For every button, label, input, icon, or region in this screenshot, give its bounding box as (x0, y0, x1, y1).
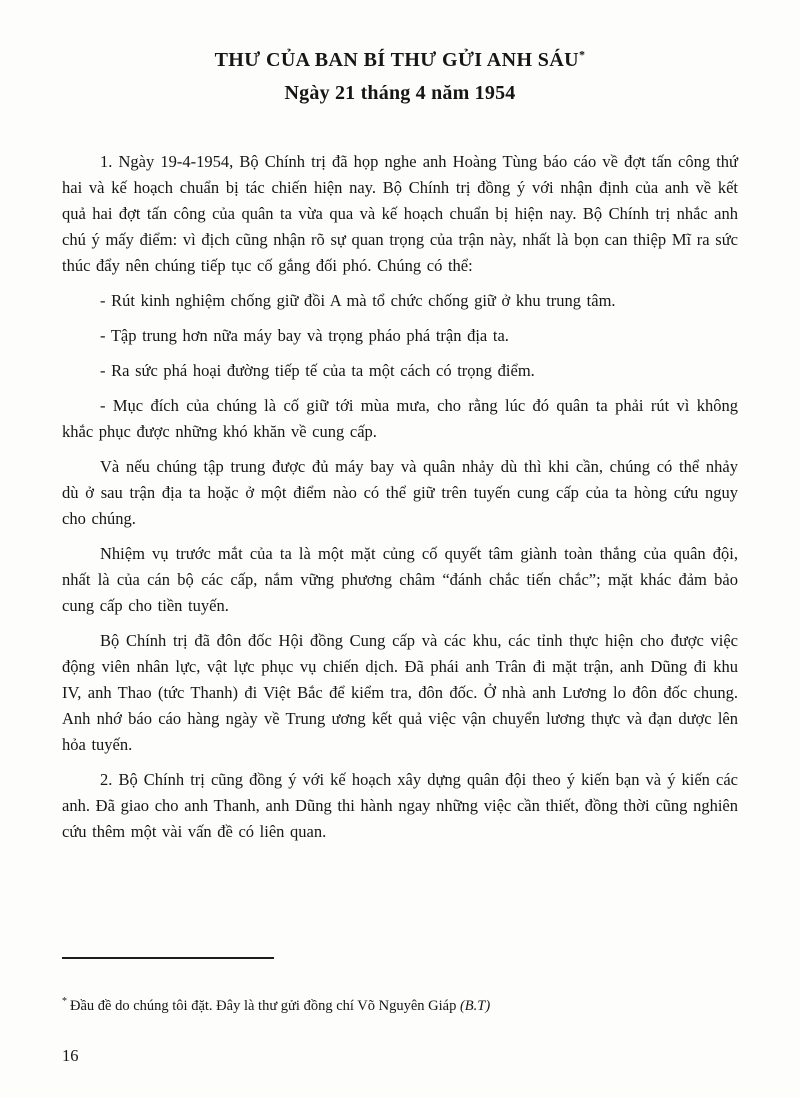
title-footnote-marker: * (579, 47, 585, 61)
body-paragraph-5: 2. Bộ Chính trị cũng đồng ý với kế hoạch… (62, 767, 738, 845)
document-title-text: THƯ CỦA BAN BÍ THƯ GỬI ANH SÁU (215, 49, 579, 71)
body-paragraph-3: Nhiệm vụ trước mắt của ta là một mặt củn… (62, 541, 738, 619)
document-subtitle: Ngày 21 tháng 4 năm 1954 (62, 81, 738, 105)
body-paragraph-2: Và nếu chúng tập trung được đủ máy bay v… (62, 454, 738, 532)
document-body: 1. Ngày 19-4-1954, Bộ Chính trị đã họp n… (62, 149, 738, 845)
bullet-paragraph-3: - Ra sức phá hoại đường tiếp tế của ta m… (62, 358, 738, 384)
document-page: THƯ CỦA BAN BÍ THƯ GỬI ANH SÁU* Ngày 21 … (0, 0, 800, 1098)
page-number: 16 (62, 1046, 79, 1066)
bullet-paragraph-4: - Mục đích của chúng là cố giữ tới mùa m… (62, 393, 738, 445)
bullet-paragraph-1: - Rút kinh nghiệm chống giữ đồi A mà tổ … (62, 288, 738, 314)
footnote: *Đầu đề do chúng tôi đặt. Đây là thư gửi… (62, 995, 702, 1017)
footnote-divider (62, 957, 274, 959)
footnote-marker: * (62, 996, 67, 1007)
body-paragraph-4: Bộ Chính trị đã đôn đốc Hội đồng Cung cấ… (62, 628, 738, 758)
document-title: THƯ CỦA BAN BÍ THƯ GỬI ANH SÁU* (62, 48, 738, 72)
body-paragraph-1: 1. Ngày 19-4-1954, Bộ Chính trị đã họp n… (62, 149, 738, 279)
bullet-paragraph-2: - Tập trung hơn nữa máy bay và trọng phá… (62, 323, 738, 349)
footnote-credit: (B.T) (460, 998, 490, 1014)
footnote-text: Đầu đề do chúng tôi đặt. Đây là thư gửi … (70, 998, 460, 1014)
